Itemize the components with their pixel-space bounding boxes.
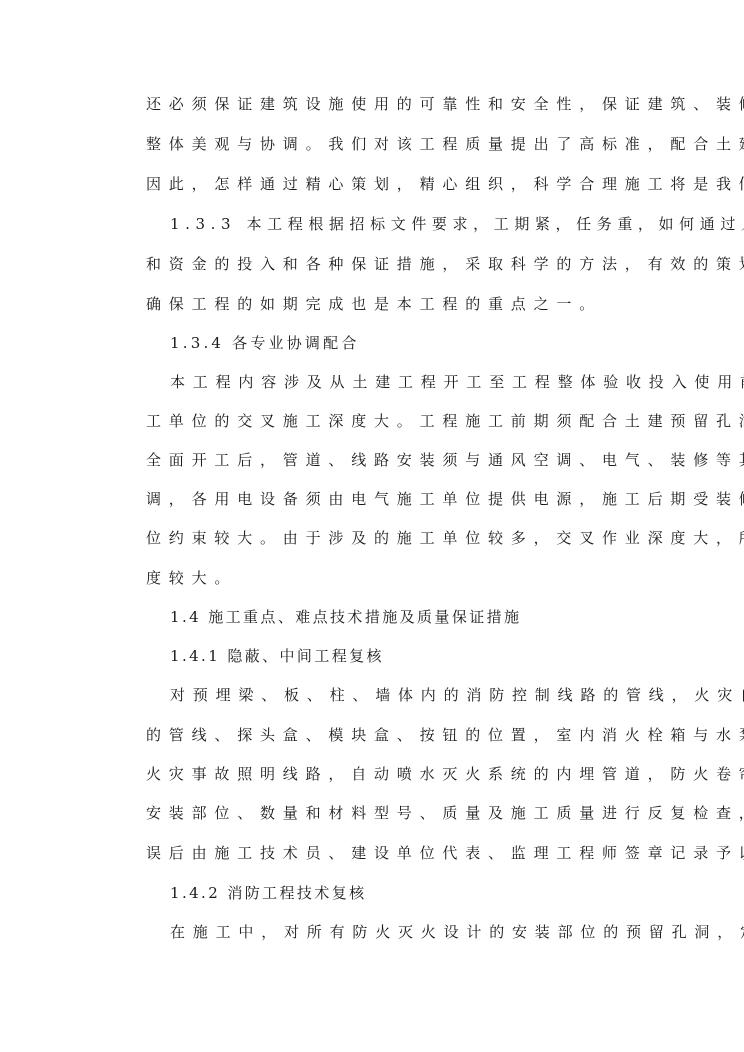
paragraph-line: 全面开工后，管道、线路安装须与通风空调、电气、装修等其他施工单位协: [146, 448, 638, 472]
paragraph-line: 火灾事故照明线路，自动喷水灭火系统的内埋管道，防火卷帘预埋件等等的: [146, 762, 638, 786]
paragraph-line: 位约束较大。由于涉及的施工单位较多，交叉作业深度大，所以协调工作难: [146, 526, 638, 550]
paragraph-line: 确保工程的如期完成也是本工程的重点之一。: [146, 292, 638, 316]
section-heading-1-4-1: 1.4.1 隐蔽、中间工程复核: [170, 644, 638, 668]
paragraph-line: 因此，怎样通过精心策划，精心组织，科学合理施工将是我们施工中的重点。: [146, 172, 638, 196]
paragraph-line: 的管线、探头盒、模块盒、按钮的位置，室内消火栓箱与水泵的启动线路，: [146, 723, 638, 747]
paragraph-line: 度较大。: [146, 566, 638, 590]
section-1-3-3-line: 1.3.3 本工程根据招标文件要求，工期紧，任务重，如何通过人力物力: [170, 212, 638, 236]
paragraph-line: 还必须保证建筑设施使用的可靠性和安全性，保证建筑、装修、安装三者的: [146, 92, 638, 116]
paragraph-line: 整体美观与协调。我们对该工程质量提出了高标准，配合土建争创省优工程。: [146, 132, 638, 156]
paragraph-line: 调，各用电设备须由电气施工单位提供电源，施工后期受装修等其他施工单: [146, 487, 638, 511]
paragraph-line: 本工程内容涉及从土建工程开工至工程整体验收投入使用前，与其他施: [170, 370, 638, 394]
paragraph-line: 对预埋梁、板、柱、墙体内的消防控制线路的管线，火灾自动报警系统: [170, 683, 638, 707]
section-heading-1-4: 1.4 施工重点、难点技术措施及质量保证措施: [170, 605, 638, 629]
paragraph-line: 工单位的交叉施工深度大。工程施工前期须配合土建预留孔洞、套管，工程: [146, 409, 638, 433]
paragraph-line: 和资金的投入和各种保证措施，采取科学的方法，有效的策划组织协调管理，: [146, 252, 638, 276]
section-heading-1-4-2: 1.4.2 消防工程技术复核: [170, 881, 638, 905]
document-page: 还必须保证建筑设施使用的可靠性和安全性，保证建筑、装修、安装三者的 整体美观与协…: [0, 0, 744, 1052]
section-heading-1-3-4: 1.3.4 各专业协调配合: [170, 331, 638, 355]
paragraph-line: 误后由施工技术员、建设单位代表、监理工程师签章记录予以隐蔽。: [146, 841, 638, 865]
paragraph-line: 安装部位、数量和材料型号、质量及施工质量进行反复检查，责任到人，无: [146, 801, 638, 825]
paragraph-line: 在施工中，对所有防火灭火设计的安装部位的预留孔洞，定位坐标和有: [170, 920, 638, 944]
